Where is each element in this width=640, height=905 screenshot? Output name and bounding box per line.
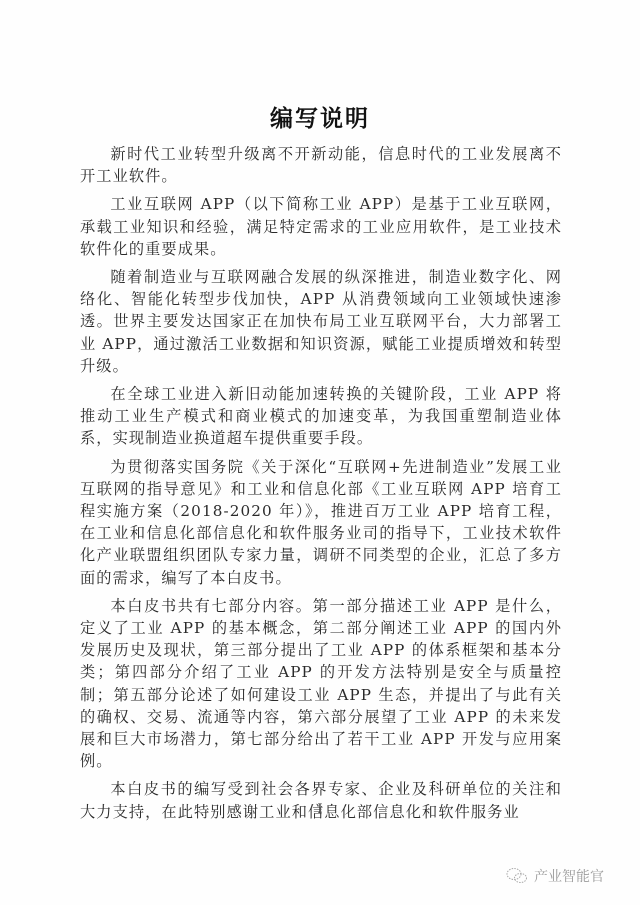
paragraph-1: 新时代工业转型升级离不开新动能，信息时代的工业发展离不开工业软件。 [80, 143, 562, 187]
watermark-text: 产业智能官 [534, 866, 604, 886]
page-title: 编写说明 [0, 100, 640, 133]
paragraph-4: 在全球工业进入新旧动能加速转换的关键阶段，工业 APP 将推动工业生产模式和商业… [80, 383, 562, 450]
document-page: 编写说明 新时代工业转型升级离不开新动能，信息时代的工业发展离不开工业软件。 工… [0, 0, 640, 905]
paragraph-3: 随着制造业与互联网融合发展的纵深推进，制造业数字化、网络化、智能化转型步伐加快，… [80, 266, 562, 377]
document-body: 新时代工业转型升级离不开新动能，信息时代的工业发展离不开工业软件。 工业互联网 … [80, 143, 562, 829]
page-number: I [0, 802, 640, 817]
paragraph-6: 本白皮书共有七部分内容。第一部分描述工业 APP 是什么，定义了工业 APP 的… [80, 595, 562, 773]
wechat-icon [506, 867, 528, 885]
paragraph-5: 为贯彻落实国务院《关于深化“互联网+先进制造业”发展工业互联网的指导意见》和工业… [80, 456, 562, 589]
watermark: 产业智能官 [506, 866, 604, 886]
paragraph-2: 工业互联网 APP（以下简称工业 APP）是基于工业互联网，承载工业知识和经验，… [80, 193, 562, 260]
